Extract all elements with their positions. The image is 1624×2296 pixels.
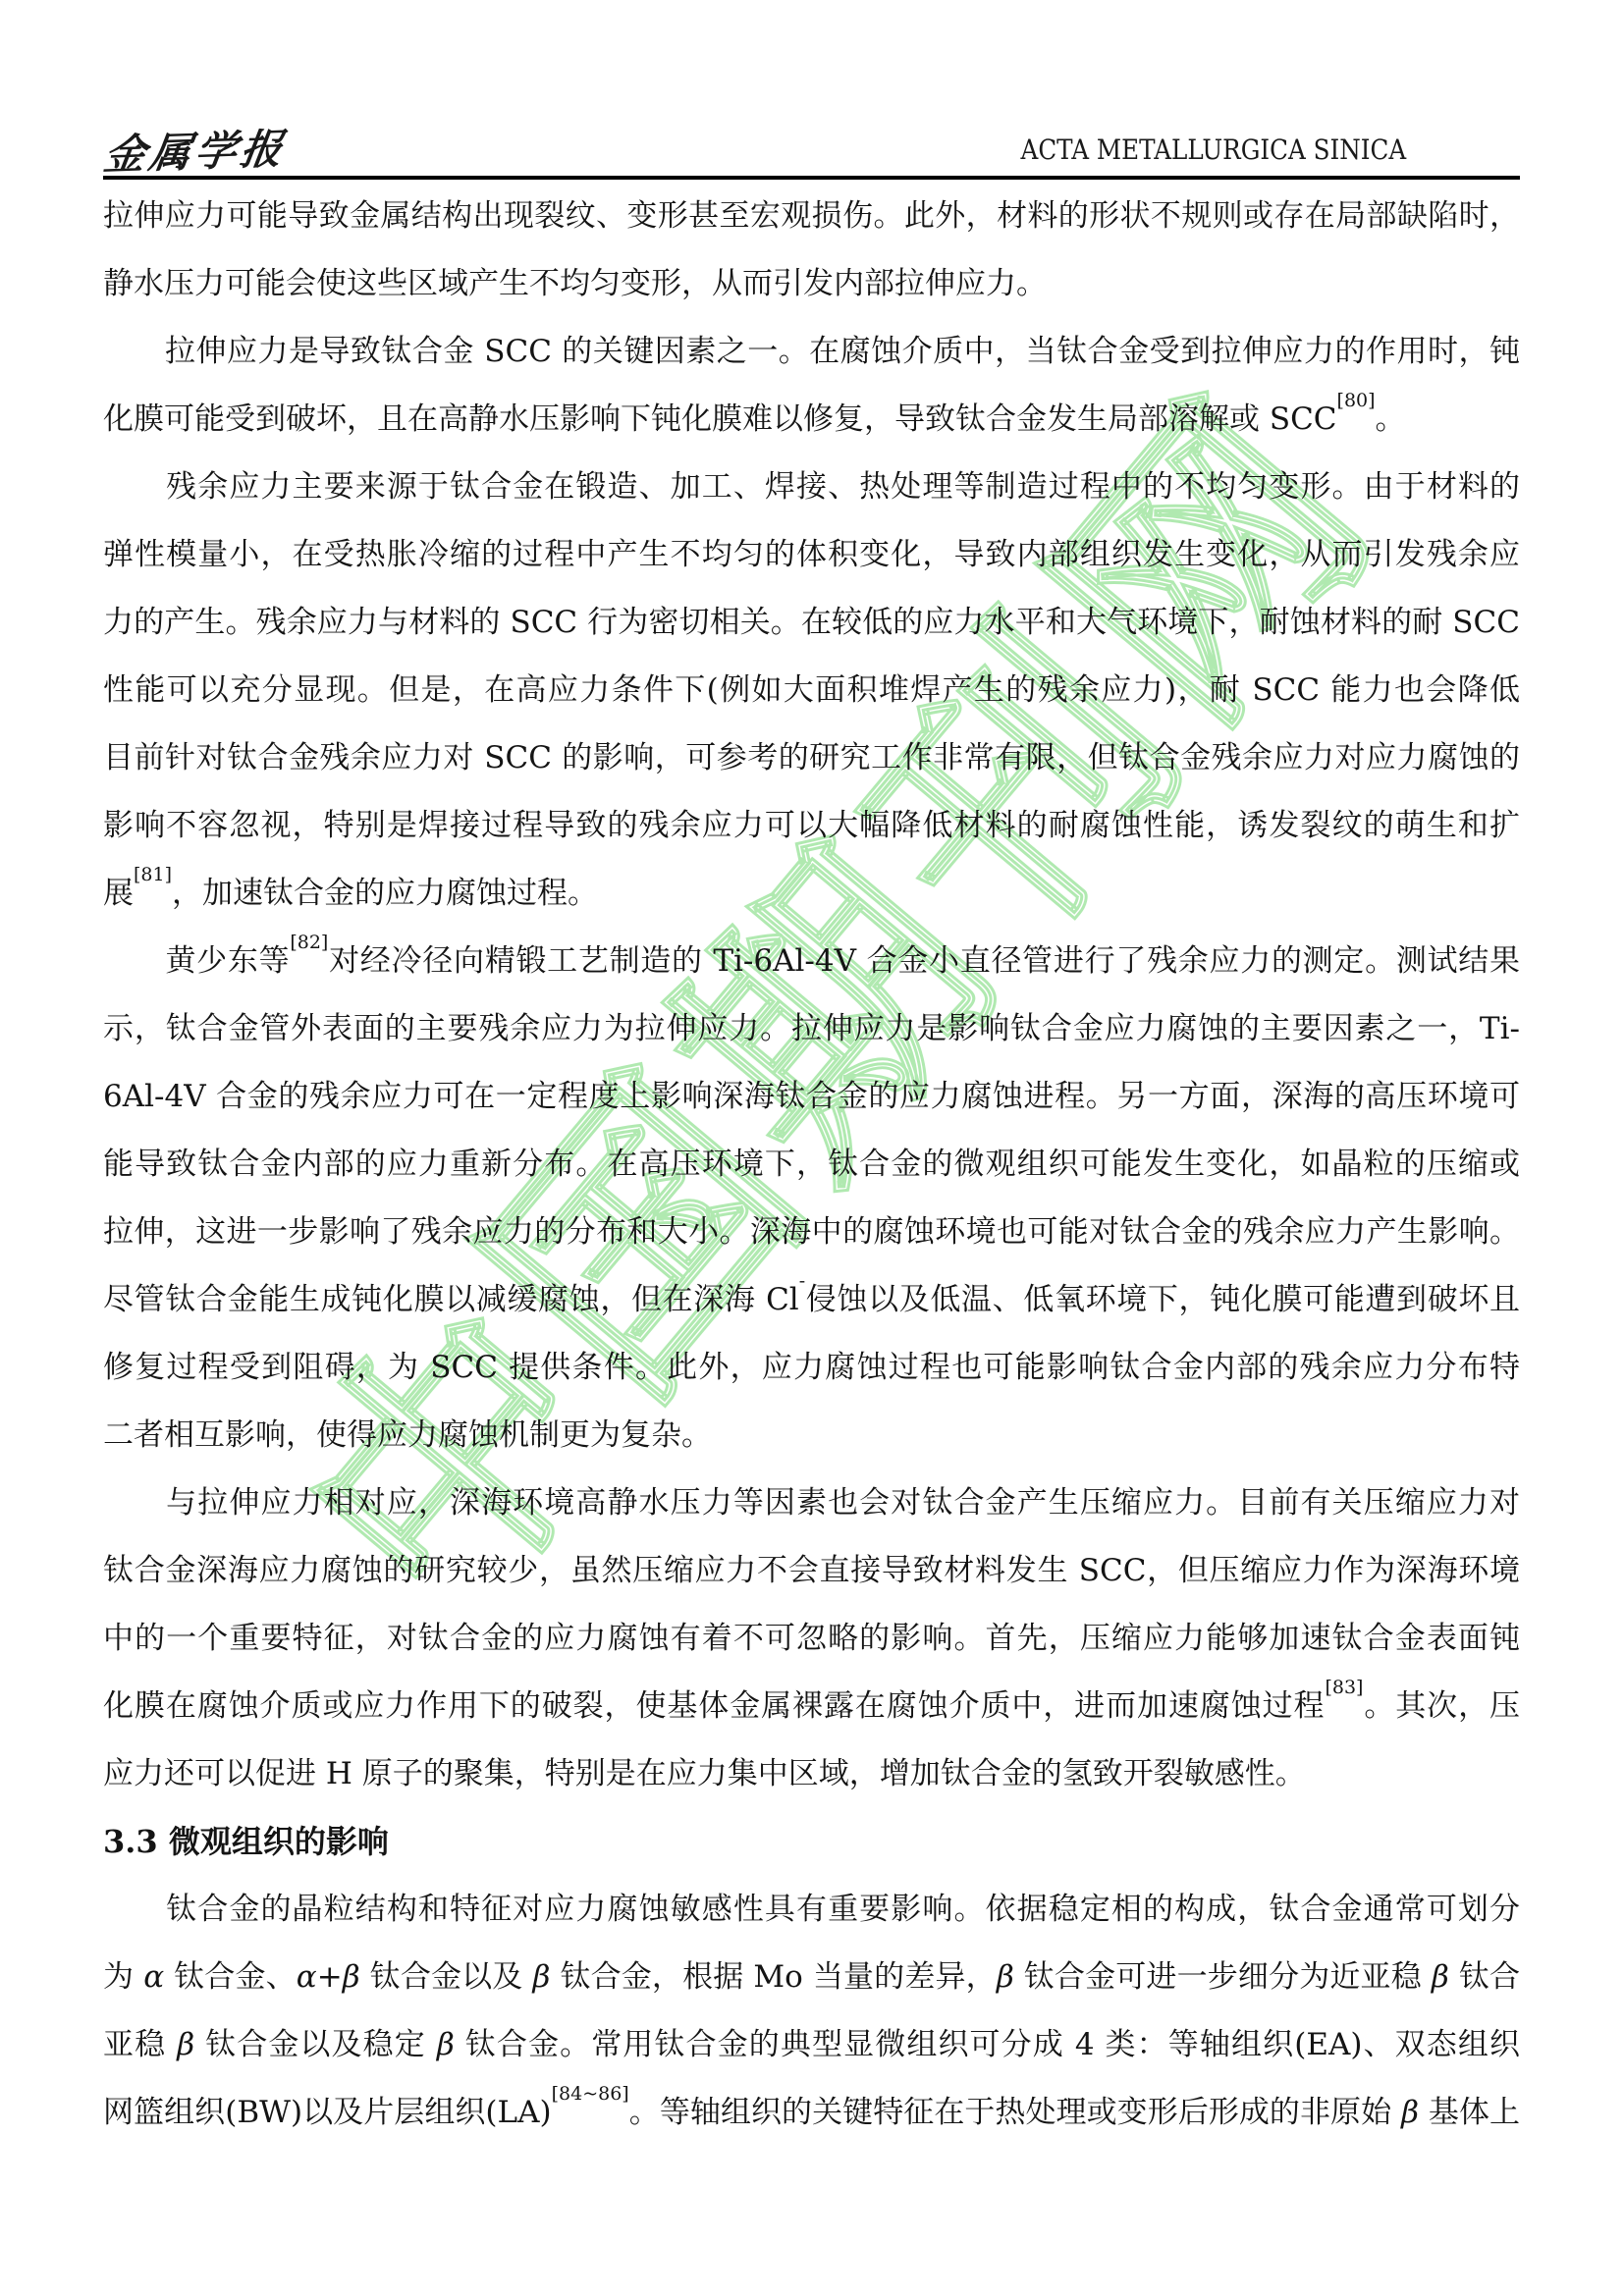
article-body: 拉伸应力可能导致金属结构出现裂纹、变形甚至宏观损伤。此外，材料的形状不规则或存在…: [103, 183, 1520, 2147]
text-line: 尽管钛合金能生成钝化膜以减缓腐蚀，但在深海 Cl-侵蚀以及低温、低氧环境下，钝化…: [103, 1266, 1520, 1334]
reference-superscript: [80]: [1337, 390, 1376, 411]
journal-title: ACTA METALLURGICA SINICA: [1020, 133, 1406, 166]
header-rule: [103, 176, 1520, 180]
text-line: 残余应力主要来源于钛合金在锻造、加工、焊接、热处理等制造过程中的不均匀变形。由于…: [103, 454, 1520, 521]
text-line: 拉伸应力是导致钛合金 SCC 的关键因素之一。在腐蚀介质中，当钛合金受到拉伸应力…: [103, 318, 1520, 386]
reference-superscript: -: [799, 1270, 805, 1292]
reference-superscript: [82]: [290, 932, 328, 953]
text-line: 性能可以充分显现。但是，在高应力条件下(例如大面积堆焊产生的残余应力)，耐 SC…: [103, 657, 1520, 724]
section-heading: 3.3 微观组织的影响: [103, 1808, 1520, 1876]
reference-superscript: [81]: [134, 864, 172, 885]
text-line: 中的一个重要特征，对钛合金的应力腐蚀有着不可忽略的影响。首先，压缩应力能够加速钛…: [103, 1605, 1520, 1673]
reference-superscript: [83]: [1325, 1677, 1363, 1698]
text-line: 二者相互影响，使得应力腐蚀机制更为复杂。: [103, 1402, 1520, 1469]
text-line: 弹性模量小，在受热胀冷缩的过程中产生不均匀的体积变化，导致内部组织发生变化，从而…: [103, 521, 1520, 589]
page-header: 金属学报 ACTA METALLURGICA SINICA: [103, 0, 1520, 182]
text-line: 化膜在腐蚀介质或应力作用下的破裂，使基体金属裸露在腐蚀介质中，进而加速腐蚀过程[…: [103, 1673, 1520, 1740]
text-line: 拉伸应力可能导致金属结构出现裂纹、变形甚至宏观损伤。此外，材料的形状不规则或存在…: [103, 183, 1520, 250]
text-line: 网篮组织(BW)以及片层组织(LA)[84~86]。等轴组织的关键特征在于热处理…: [103, 2079, 1520, 2147]
text-line: 影响不容忽视，特别是焊接过程导致的残余应力可以大幅降低材料的耐腐蚀性能，诱发裂纹…: [103, 792, 1520, 860]
text-line: 力的产生。残余应力与材料的 SCC 行为密切相关。在较低的应力水平和大气环境下，…: [103, 589, 1520, 657]
text-line: 示，钛合金管外表面的主要残余应力为拉伸应力。拉伸应力是影响钛合金应力腐蚀的主要因…: [103, 995, 1520, 1063]
text-line: 钛合金深海应力腐蚀的研究较少，虽然压缩应力不会直接导致材料发生 SCC，但压缩应…: [103, 1537, 1520, 1605]
text-line: 为 α 钛合金、α+β 钛合金以及 β 钛合金，根据 Mo 当量的差异，β 钛合…: [103, 1944, 1520, 2011]
text-line: 修复过程受到阻碍，为 SCC 提供条件。此外，应力腐蚀过程也可能影响钛合金内部的…: [103, 1334, 1520, 1402]
text-line: 展[81]，加速钛合金的应力腐蚀过程。: [103, 860, 1520, 928]
text-line: 6Al-4V 合金的残余应力可在一定程度上影响深海钛合金的应力腐蚀进程。另一方面…: [103, 1063, 1520, 1131]
text-line: 黄少东等[82]对经冷径向精锻工艺制造的 Ti-6Al-4V 合金小直径管进行了…: [103, 928, 1520, 995]
journal-logo: 金属学报: [100, 117, 291, 182]
text-line: 化膜可能受到破坏，且在高静水压影响下钝化膜难以修复，导致钛合金发生局部溶解或 S…: [103, 386, 1520, 454]
reference-superscript: [84~86]: [552, 2083, 629, 2105]
text-line: 与拉伸应力相对应，深海环境高静水压力等因素也会对钛合金产生压缩应力。目前有关压缩…: [103, 1469, 1520, 1537]
document-page: 中国期刊网 金属学报 ACTA METALLURGICA SINICA 拉伸应力…: [0, 0, 1624, 2296]
text-line: 应力还可以促进 H 原子的聚集，特别是在应力集中区域，增加钛合金的氢致开裂敏感性…: [103, 1740, 1520, 1808]
text-line: 拉伸，这进一步影响了残余应力的分布和大小。深海中的腐蚀环境也可能对钛合金的残余应…: [103, 1199, 1520, 1266]
text-line: 能导致钛合金内部的应力重新分布。在高压环境下，钛合金的微观组织可能发生变化，如晶…: [103, 1131, 1520, 1199]
text-line: 亚稳 β 钛合金以及稳定 β 钛合金。常用钛合金的典型显微组织可分成 4 类：等…: [103, 2011, 1520, 2079]
text-line: 钛合金的晶粒结构和特征对应力腐蚀敏感性具有重要影响。依据稳定相的构成，钛合金通常…: [103, 1876, 1520, 1944]
text-line: 目前针对钛合金残余应力对 SCC 的影响，可参考的研究工作非常有限，但钛合金残余…: [103, 724, 1520, 792]
text-line: 静水压力可能会使这些区域产生不均匀变形，从而引发内部拉伸应力。: [103, 250, 1520, 318]
